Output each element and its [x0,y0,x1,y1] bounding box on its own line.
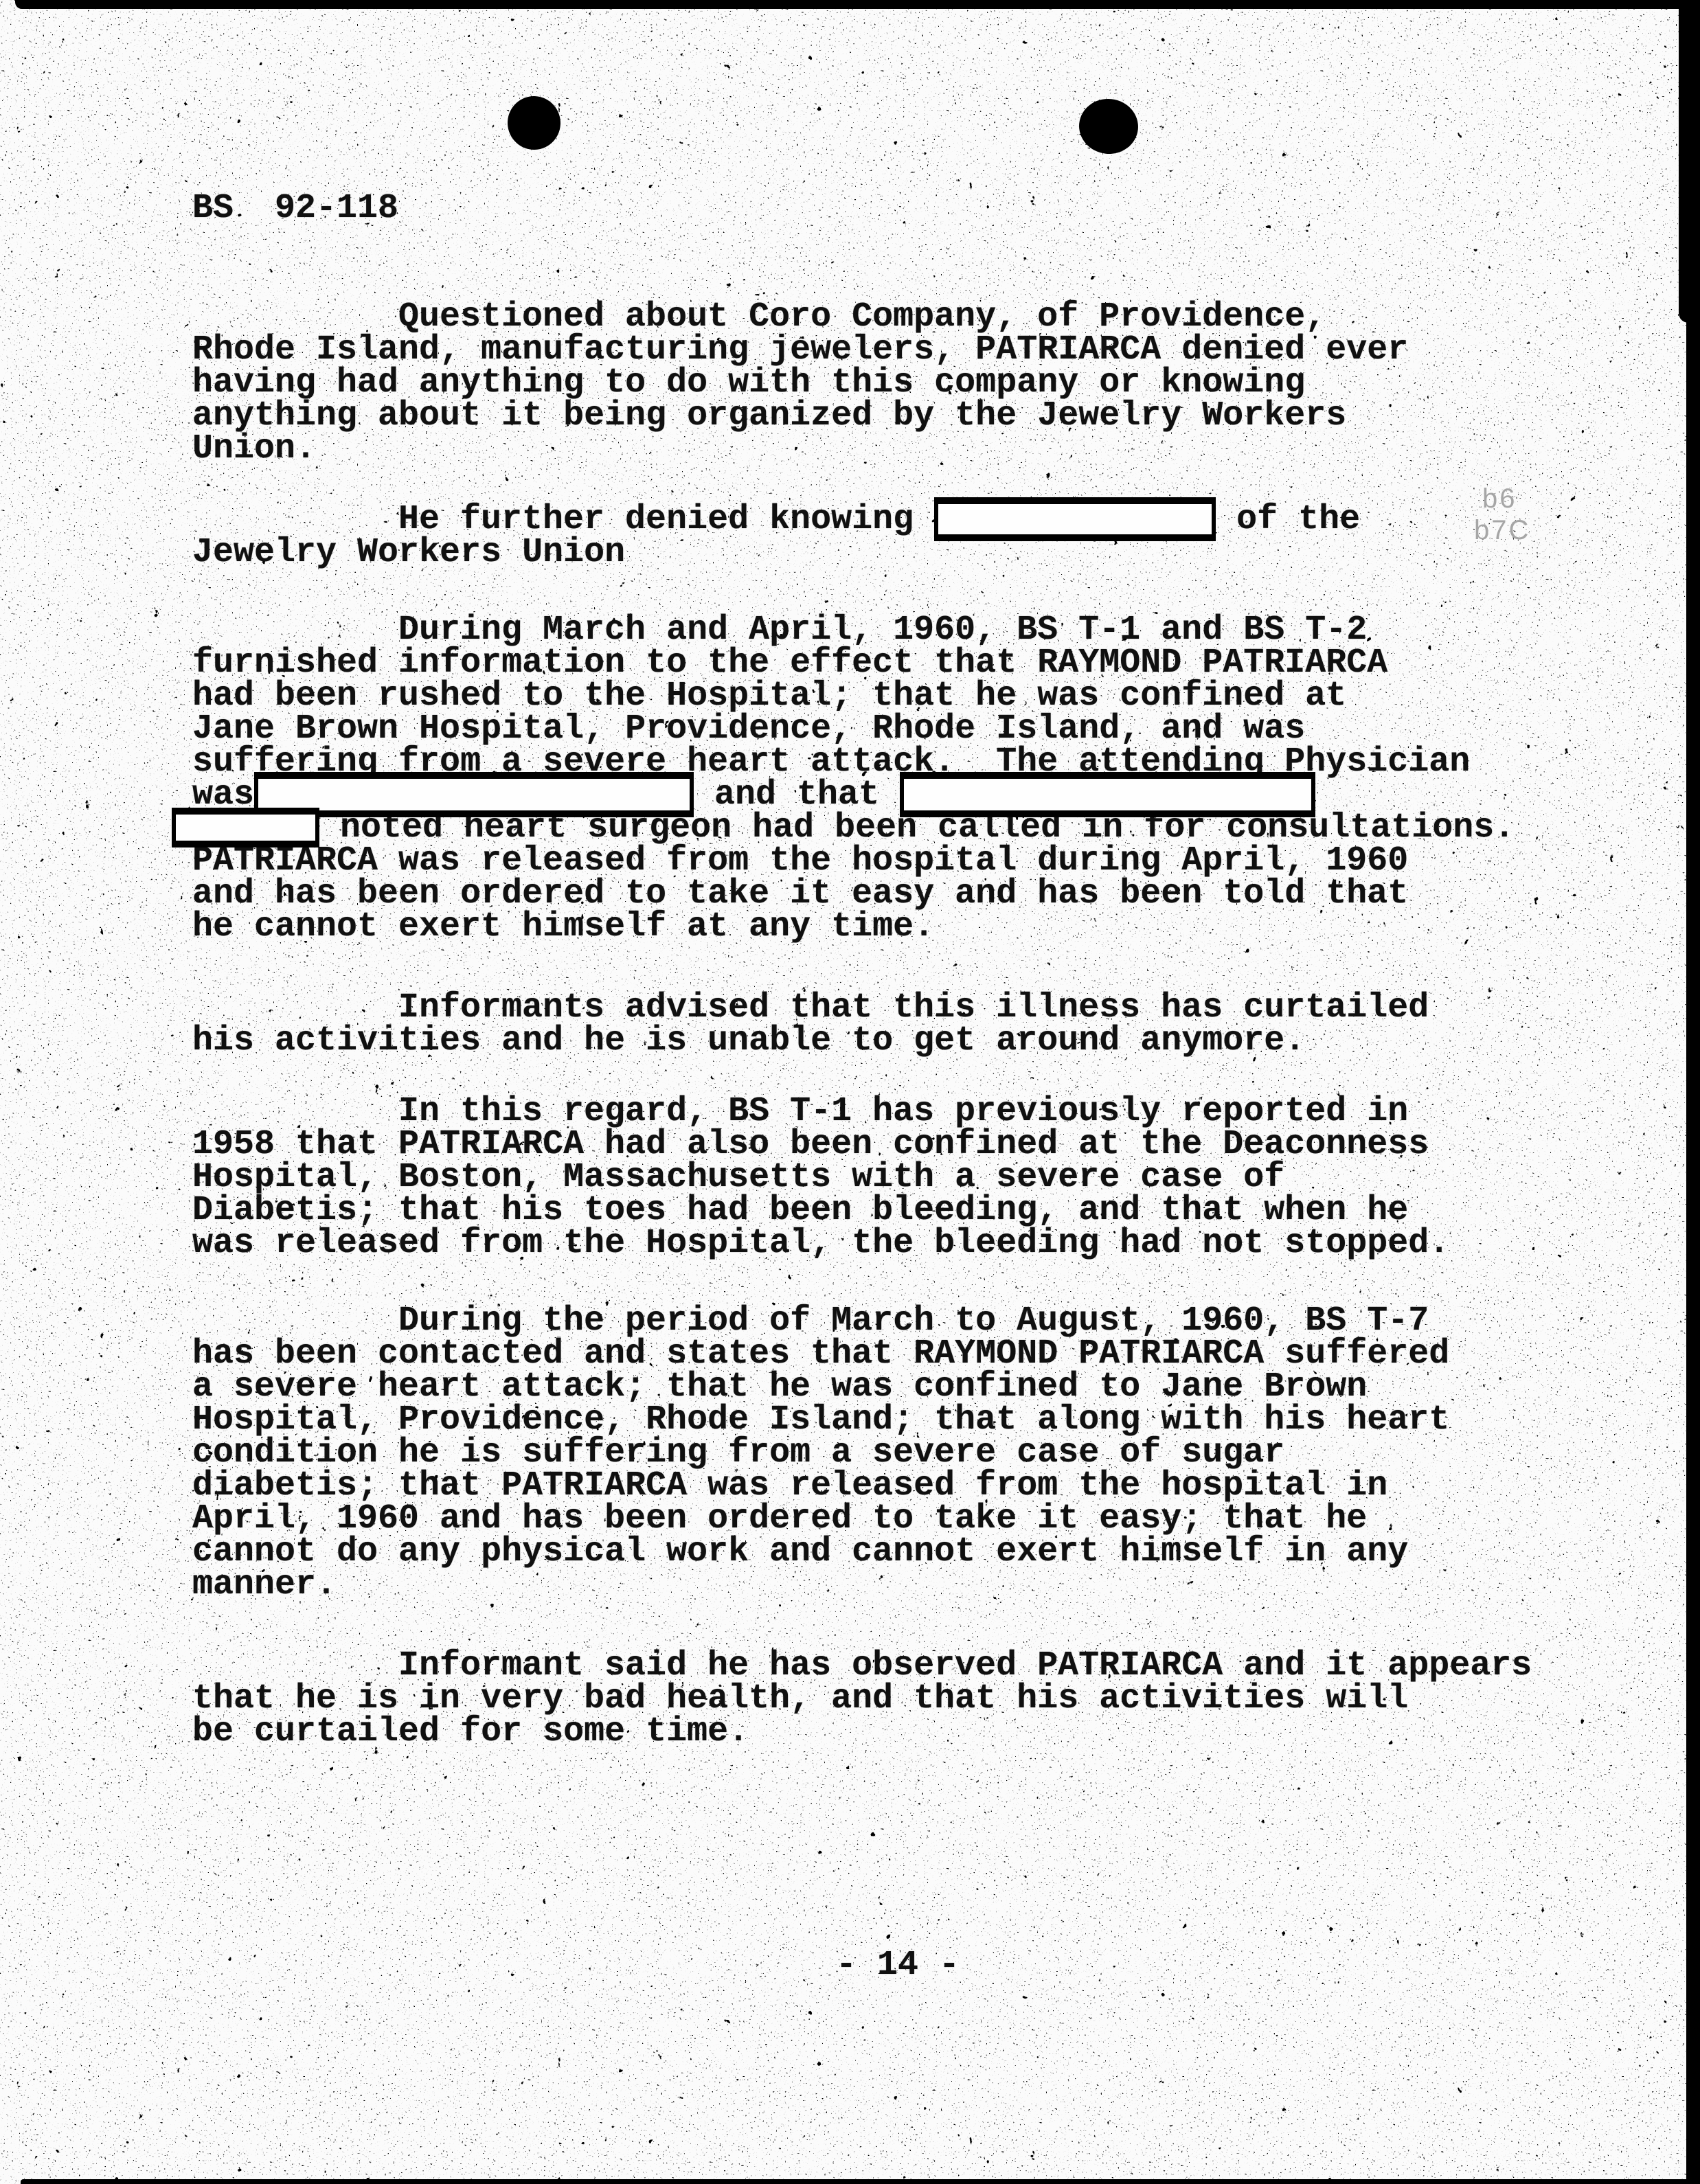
hole-punch-dot-right [1076,96,1141,157]
redaction-box-physician [254,772,694,817]
paragraph-informants-advised: Informants advised that this illness has… [192,992,1573,1058]
case-number: BS 92-118 [192,192,1573,225]
margin-code-b6: b6 [1482,485,1517,512]
paragraph-hospital-confined: During March and April, 1960, BS T-1 and… [192,614,1573,944]
paragraph-coro-company: Questioned about Coro Company, of Provid… [192,301,1573,466]
paragraph-deaconness-hospital: In this regard, BS T-1 has previously re… [192,1095,1573,1260]
redaction-box-small [172,808,319,848]
margin-code-b7c: b7C [1474,516,1530,544]
scan-edge-bottom-line [21,2179,1689,2184]
redaction-box-surgeon [900,772,1315,817]
hole-punch-dot-left [504,93,564,153]
document-body: BS 92-118Questioned about Coro Company, … [192,192,1573,1749]
scanned-document-page: { "document": { "case_number": "BS 92-11… [0,0,1700,2184]
paragraph-denied-knowing: He further denied knowing of the Jewelry… [192,503,1573,569]
page-number: - 14 - [836,1949,960,1982]
scan-edge-right-band-upper [1679,0,1700,323]
paragraph-text: noted heart surgeon had been called in f… [192,808,1515,946]
paragraph-informant-observed: Informant said he has observed PATRIARCA… [192,1650,1573,1749]
redaction-box-name [934,497,1216,541]
paragraph-bs-t7: During the period of March to August, 19… [192,1305,1573,1602]
scan-edge-top-band [15,0,1700,9]
scan-edge-right-band [1686,0,1700,2184]
